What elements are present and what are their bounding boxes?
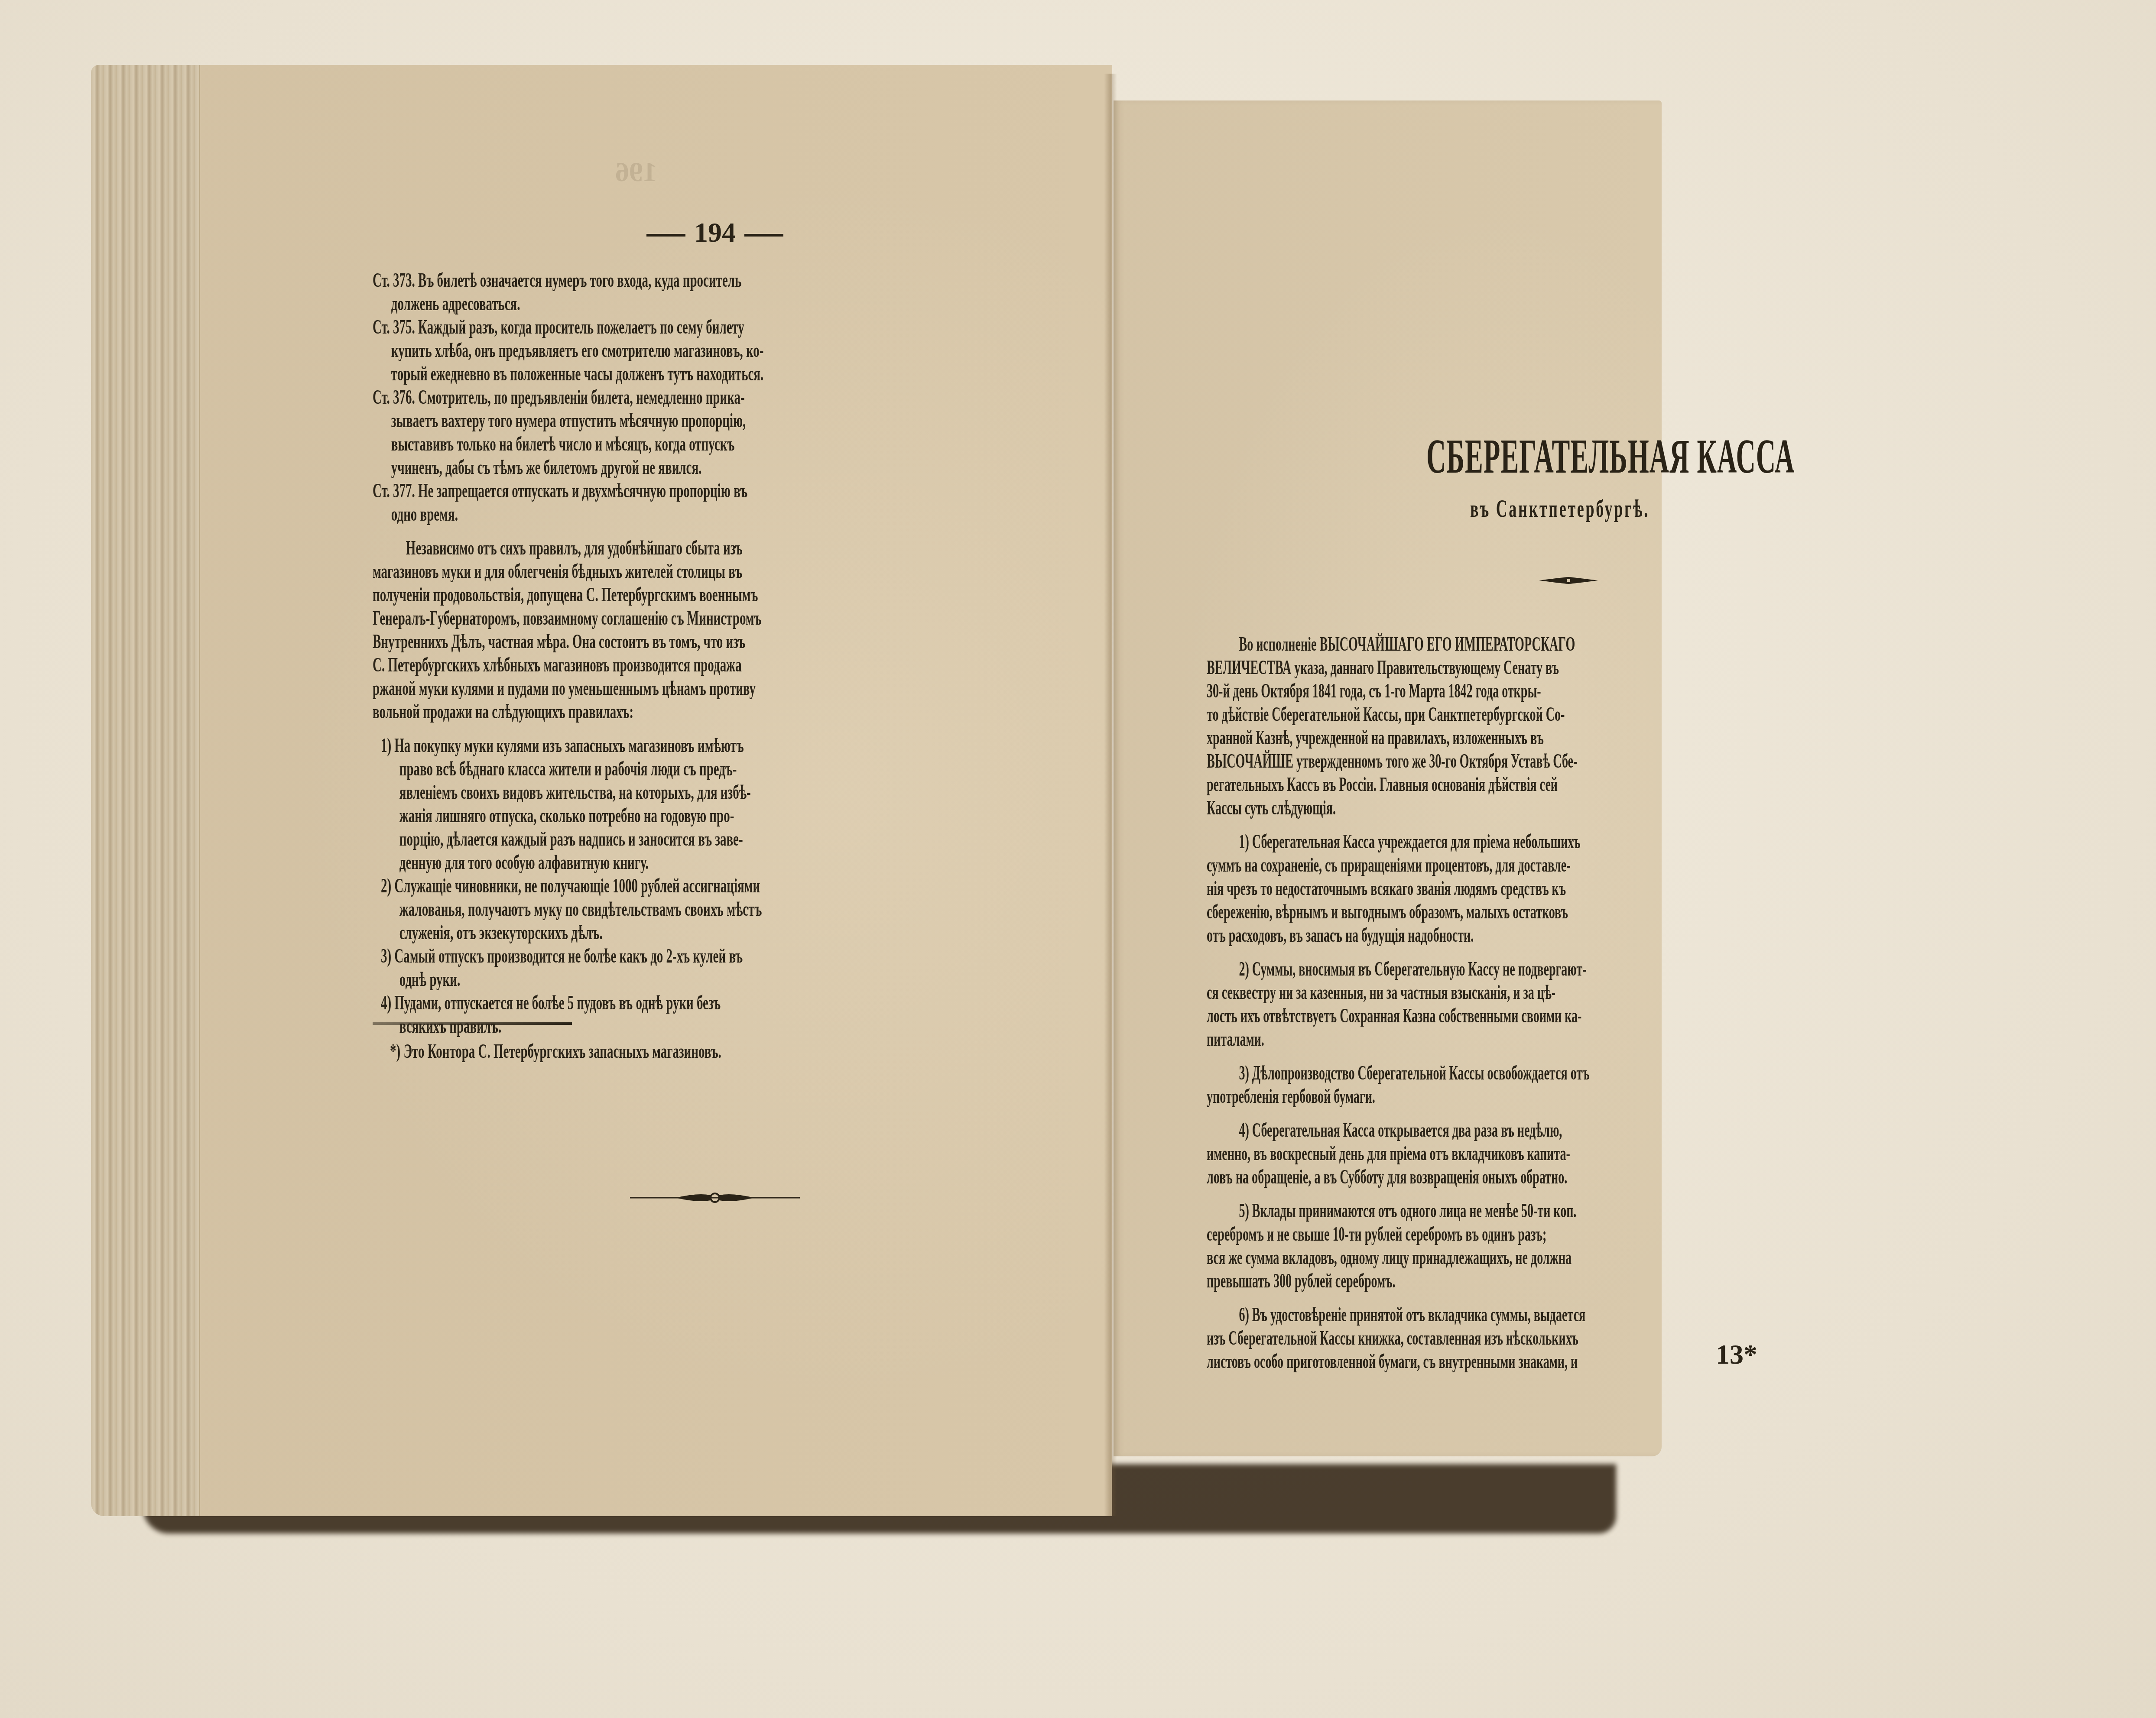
text-line: листовъ особо приготовленной бумаги, съ … (1207, 1350, 1590, 1373)
title-ornament-icon (1538, 574, 1599, 587)
text-line: 30-й день Октября 1841 года, съ 1-го Мар… (1207, 679, 1590, 703)
text-line: ся секвестру ни за казенныя, ни за частн… (1207, 981, 1590, 1004)
page-edges-stack (91, 65, 204, 1516)
text-line: именно, въ воскресный день для пріема от… (1207, 1142, 1590, 1165)
article-373: Ст. 373. Въ билетѣ означается нумеръ тог… (373, 269, 764, 315)
text-line: всякихъ правилъ. (381, 1015, 764, 1038)
left-page-body: Ст. 373. Въ билетѣ означается нумеръ тог… (373, 269, 764, 1038)
text-line: выставивъ только на билетѣ число и мѣсяц… (373, 432, 764, 456)
text-line: изъ Сберегательной Кассы книжка, составл… (1207, 1326, 1590, 1350)
text-line: 1) Сберегательная Касса учреждается для … (1207, 830, 1590, 853)
text-line: 1) На покупку муки кулями изъ запасныхъ … (381, 734, 764, 757)
text-line: лость ихъ отвѣтствуетъ Сохранная Казна с… (1207, 1004, 1590, 1028)
text-line: Ст. 373. Въ билетѣ означается нумеръ тог… (373, 269, 764, 292)
text-line: С. Петербургскихъ хлѣбныхъ магазиновъ пр… (373, 653, 764, 677)
text-line: сбереженію, вѣрнымъ и выгоднымъ образомъ… (1207, 900, 1590, 924)
dash-left (646, 234, 685, 237)
text-line: 6) Въ удостовѣреніе принятой отъ вкладчи… (1207, 1303, 1590, 1326)
bleed-through-page-number: 196 (615, 156, 657, 188)
text-line: ржаной муки кулями и пудами по уменьшенн… (373, 677, 764, 700)
rule-2: 2) Служащіе чиновники, не получающіе 100… (373, 874, 764, 944)
text-line: питалами. (1207, 1028, 1590, 1051)
text-line: регательныхъ Кассъ въ Россіи. Главныя ос… (1207, 773, 1590, 796)
text-line: Кассы суть слѣдующія. (1207, 796, 1590, 820)
page-number-left: 194 (624, 217, 806, 249)
rule-4: 4) Пудами, отпускается не болѣе 5 пудовъ… (373, 991, 764, 1038)
text-line: превышать 300 рублей серебромъ. (1207, 1269, 1590, 1293)
text-line: ВЫСОЧАЙШЕ утвержденномъ того же 30-го Ок… (1207, 749, 1590, 773)
point-2: 2) Суммы, вносимыя въ Сберегательную Кас… (1207, 957, 1590, 1051)
spacer (1207, 820, 1590, 830)
ornament-divider-icon (628, 1189, 802, 1206)
text-line: вольной продажи на слѣдующихъ правилахъ: (373, 700, 764, 723)
point-6: 6) Въ удостовѣреніе принятой отъ вкладчи… (1207, 1303, 1590, 1373)
text-line: употребленія гербовой бумаги. (1207, 1085, 1590, 1108)
text-line: вся же сумма вкладовъ, одному лицу прина… (1207, 1246, 1590, 1269)
right-page-body: Во исполненіе ВЫСОЧАЙШАГО ЕГО ИМПЕРАТОРС… (1207, 632, 1590, 1373)
text-line: порцію, дѣлается каждый разъ надпись и з… (381, 827, 764, 851)
text-line: Ст. 377. Не запрещается отпускать и двух… (373, 479, 764, 502)
text-line: ловъ на обращеніе, а въ Субботу для возв… (1207, 1165, 1590, 1189)
text-line: 5) Вклады принимаются отъ одного лица не… (1207, 1199, 1590, 1222)
spacer (1207, 1293, 1590, 1303)
text-line: ВЕЛИЧЕСТВА указа, даннаго Правительствую… (1207, 656, 1590, 679)
text-line: одно время. (373, 502, 764, 526)
text-line: Генералъ-Губернаторомъ, повзаимному согл… (373, 606, 764, 630)
text-line: полученіи продовольствія, допущена С. Пе… (373, 583, 764, 606)
spacer (373, 526, 764, 536)
spacer (1207, 1051, 1590, 1061)
text-line: магазиновъ муки и для облегченія бѣдныхъ… (373, 560, 764, 583)
text-line: жанія лишняго отпуска, сколько потребно … (381, 804, 764, 827)
spacer (1207, 947, 1590, 957)
text-line: Ст. 375. Каждый разъ, когда проситель по… (373, 315, 764, 339)
text-line: жалованья, получаютъ муку по свидѣтельст… (381, 898, 764, 921)
text-line: отъ расходовъ, въ запасъ на будущія надо… (1207, 924, 1590, 947)
rule-3: 3) Самый отпускъ производится не болѣе к… (373, 944, 764, 991)
text-line: суммъ на сохраненіе, съ приращеніями про… (1207, 853, 1590, 877)
text-line: должень адресоваться. (373, 292, 764, 315)
text-line: право всѣ бѣднаго класса жители и рабочі… (381, 757, 764, 781)
article-377: Ст. 377. Не запрещается отпускать и двух… (373, 479, 764, 526)
text-line: Независимо отъ сихъ правилъ, для удобнѣй… (373, 536, 764, 560)
rule-1: 1) На покупку муки кулями изъ запасныхъ … (373, 734, 764, 874)
text-line: служенія, отъ экзекуторскихъ дѣлъ. (381, 921, 764, 944)
section-title: СБЕРЕГАТЕЛЬНАЯ КАССА (1426, 429, 1693, 485)
text-line: Во исполненіе ВЫСОЧАЙШАГО ЕГО ИМПЕРАТОРС… (1207, 632, 1590, 656)
text-line: явленіемъ своихъ видовъ жительства, на к… (381, 781, 764, 804)
text-line: 2) Суммы, вносимыя въ Сберегательную Кас… (1207, 957, 1590, 981)
text-line: Ст. 376. Смотритель, по предъявленіи бил… (373, 386, 764, 409)
text-line: 4) Пудами, отпускается не болѣе 5 пудовъ… (381, 991, 764, 1015)
intro-paragraph: Независимо отъ сихъ правилъ, для удобнѣй… (373, 536, 764, 723)
footnote-text: *) Это Контора С. Петербургскихъ запасны… (390, 1040, 721, 1063)
text-line: денную для того особую алфавитную книгу. (381, 851, 764, 874)
text-line: однѣ руки. (381, 968, 764, 991)
text-line: купить хлѣба, онъ предъявляетъ его смотр… (373, 339, 764, 362)
point-5: 5) Вклады принимаются отъ одного лица не… (1207, 1199, 1590, 1293)
signature-mark: 13* (1716, 1339, 1757, 1371)
article-375: Ст. 375. Каждый разъ, когда проситель по… (373, 315, 764, 386)
spacer (1207, 1189, 1590, 1199)
dash-right (744, 234, 783, 237)
spacer (1207, 1108, 1590, 1118)
text-line: 3) Дѣлопроизводство Сберегательной Кассы… (1207, 1061, 1590, 1085)
footnote-divider (373, 1022, 572, 1025)
article-376: Ст. 376. Смотритель, по предъявленіи бил… (373, 386, 764, 479)
text-line: то дѣйствіе Сберегательной Кассы, при Са… (1207, 703, 1590, 726)
point-1: 1) Сберегательная Касса учреждается для … (1207, 830, 1590, 947)
page-number-value: 194 (694, 217, 736, 248)
section-subtitle: въ Санктпетербургѣ. (1412, 494, 1708, 523)
footnote: *) Это Контора С. Петербургскихъ запасны… (390, 1040, 721, 1063)
point-4: 4) Сберегательная Касса открывается два … (1207, 1118, 1590, 1189)
text-line: серебромъ и не свыше 10-ти рублей серебр… (1207, 1222, 1590, 1246)
point-3: 3) Дѣлопроизводство Сберегательной Кассы… (1207, 1061, 1590, 1108)
text-line: нія чрезъ то недостаточнымъ всякаго зван… (1207, 877, 1590, 900)
text-line: учиненъ, дабы съ тѣмъ же билетомъ другой… (373, 456, 764, 479)
text-line: хранной Казнѣ, учрежденной на правилахъ,… (1207, 726, 1590, 749)
text-line: 2) Служащіе чиновники, не получающіе 100… (381, 874, 764, 898)
intro-paragraph: Во исполненіе ВЫСОЧАЙШАГО ЕГО ИМПЕРАТОРС… (1207, 632, 1590, 820)
text-line: Внутреннихъ Дѣлъ, частная мѣра. Она сост… (373, 630, 764, 653)
text-line: зываетъ вахтеру того нумера отпустить мѣ… (373, 409, 764, 432)
spacer (373, 723, 764, 734)
text-line: 3) Самый отпускъ производится не болѣе к… (381, 944, 764, 968)
text-line: торый ежедневно въ положенные часы долже… (373, 362, 764, 386)
text-line: 4) Сберегательная Касса открывается два … (1207, 1118, 1590, 1142)
